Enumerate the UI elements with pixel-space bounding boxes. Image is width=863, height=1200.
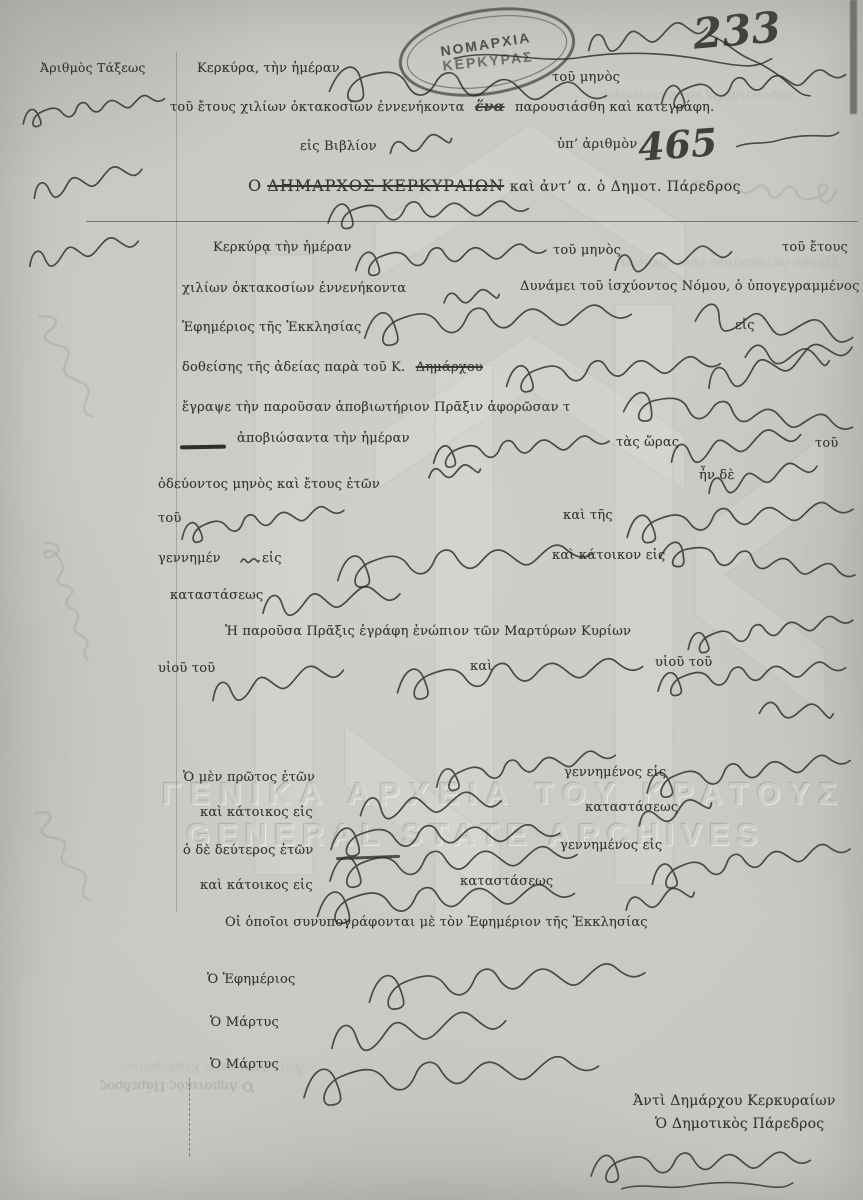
closing-line1: Ἀντὶ Δημάρχου Κερκυραίων: [633, 1093, 836, 1109]
witness2-father-scrawl-2: [754, 689, 838, 731]
witness1-signature-label: Ὁ Μάρτυς: [210, 1015, 279, 1030]
margin-signature-1: [15, 72, 171, 144]
margin-signature-3: [19, 208, 147, 293]
mayor-struck-word: Δημάρχου: [416, 360, 483, 375]
priest-signature-label: Ὁ Ἐφημέριος: [207, 972, 296, 987]
bleedthrough-deputy-line: Ὁ Δημοτικὸς Πάρεδρος: [100, 1078, 253, 1093]
blank-dash: [180, 445, 226, 449]
gender-ending-scrawl: [240, 553, 260, 568]
age-entry-scrawl: [423, 449, 485, 493]
witnesses-clause: Ἡ παροῦσα Πρᾶξις ἐγράφη ἐνώπιον τῶν Μαρτ…: [225, 624, 631, 639]
body-year-label: τοῦ ἔτους: [782, 240, 848, 255]
ghost-scrawl-3: [7, 790, 123, 920]
bleedthrough-closing-line: Ἀντὶ Δημάρχου Κερκυραίων: [120, 1060, 304, 1075]
ghost-scrawl-2: [11, 526, 127, 674]
body-place-day: Κερκύρᾳ τὴν ἡμέραν: [213, 240, 352, 255]
under-number-label: ὑπ’ ἀριθμὸν: [557, 137, 637, 152]
ghost-scrawl-1: [11, 296, 125, 434]
permission-text: δοθείσης τῆς ἀδείας παρὰ τοῦ Κ.: [182, 360, 405, 375]
born-at-label: εἰς: [262, 551, 282, 566]
document-scan: ΓΕΝΙΚΑ ΑΡΧΕΙΑ ΤΟΥ ΚΡΑΤΟΥΣ GENERAL STATE …: [0, 0, 863, 1200]
deceased-day-label: ἀποβιώσαντα τὴν ἡμέραν: [237, 431, 410, 446]
order-number-label: Ἀριθμὸς Τάξεως: [40, 60, 146, 75]
mayor-heading-o: Ο: [248, 176, 262, 195]
header-place-day: Κερκύρα, τὴν ἡμέραν: [197, 61, 340, 76]
first-witness-age-label: Ὁ μὲν πρῶτος ἐτῶν: [183, 770, 315, 785]
closing-line2: Ὁ Δημοτικὸς Πάρεδρος: [655, 1116, 824, 1132]
permission-label: δοθείσης τῆς ἀδείας παρὰ τοῦ Κ. Δημάρχου: [182, 360, 483, 375]
book-label: εἰς Βιβλίον: [300, 139, 377, 154]
mother-label: καὶ τῆς: [563, 508, 613, 523]
